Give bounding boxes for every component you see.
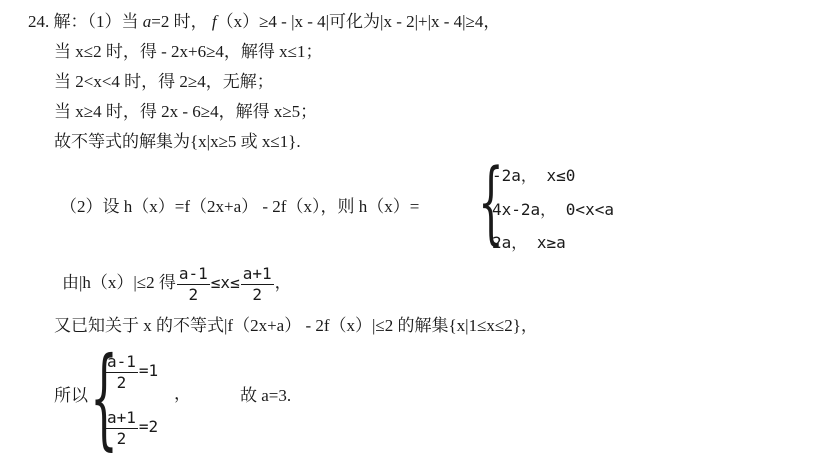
bound-suffix: ， — [275, 273, 292, 292]
bound-prefix: 由|h（x）|≤2 得 — [62, 273, 176, 292]
fraction-right: a+12 — [241, 264, 274, 305]
piecewise-row-2: 4x-2a， 0<x<a — [492, 197, 614, 220]
case-line-3: 当 x≥4 时，得 2x - 6≥4，解得 x≥5； — [54, 102, 317, 122]
problem-number: 24. — [28, 12, 49, 31]
bound-derivation: 由|h（x）|≤2 得a-12≤x≤a+12， — [62, 260, 292, 306]
system-fraction-1: a-12 — [105, 352, 138, 393]
fraction-left-numerator: a-1 — [177, 264, 210, 285]
problem-header-line: 24. 解：（1）当 a=2 时， f（x）≥4 - |x - 4|可化为|x … — [28, 12, 500, 32]
system-fraction-2-numerator: a+1 — [105, 408, 138, 429]
so-label: 所以 — [54, 386, 88, 406]
final-answer: 故 a=3. — [240, 386, 291, 406]
system-equation-1: a-12=1 — [104, 348, 158, 394]
case-line-1: 当 x≤2 时，得 - 2x+6≥4，解得 x≤1； — [54, 42, 323, 62]
system-equation-2: a+12=2 — [104, 404, 158, 450]
system-fraction-2: a+12 — [105, 408, 138, 449]
piecewise-row-1: -2a， x≤0 — [492, 163, 575, 186]
system-comma: ， — [174, 384, 191, 404]
piecewise-row-3: 2a， x≥a — [492, 230, 566, 253]
fraction-right-denominator: 2 — [241, 285, 274, 305]
part1-header: 解：（1）当 — [54, 12, 139, 31]
system-rhs-1: =1 — [139, 361, 158, 380]
system-rhs-2: =2 — [139, 417, 158, 436]
inequality-rewrite: （x）≥4 - |x - 4|可化为|x - 2|+|x - 4|≥4， — [217, 12, 501, 31]
system-fraction-2-denominator: 2 — [105, 429, 138, 449]
system-fraction-1-denominator: 2 — [105, 373, 138, 393]
fraction-left: a-12 — [177, 264, 210, 305]
known-solution-set: 又已知关于 x 的不等式|f（2x+a） - 2f（x）|≤2 的解集{x|1≤… — [54, 316, 538, 336]
system-fraction-1-numerator: a-1 — [105, 352, 138, 373]
part1-conclusion: 故不等式的解集为{x|x≥5 或 x≤1}. — [54, 132, 301, 152]
a-equals: =2 时， — [151, 12, 207, 31]
part2-definition: （2）设 h（x）=f（2x+a） - 2f（x），则 h（x）= — [60, 197, 419, 217]
fraction-right-numerator: a+1 — [241, 264, 274, 285]
bound-middle: ≤x≤ — [211, 273, 240, 292]
case-line-2: 当 2<x<4 时，得 2≥4，无解； — [54, 72, 274, 92]
fraction-left-denominator: 2 — [177, 285, 210, 305]
variable-a: a — [143, 12, 152, 31]
